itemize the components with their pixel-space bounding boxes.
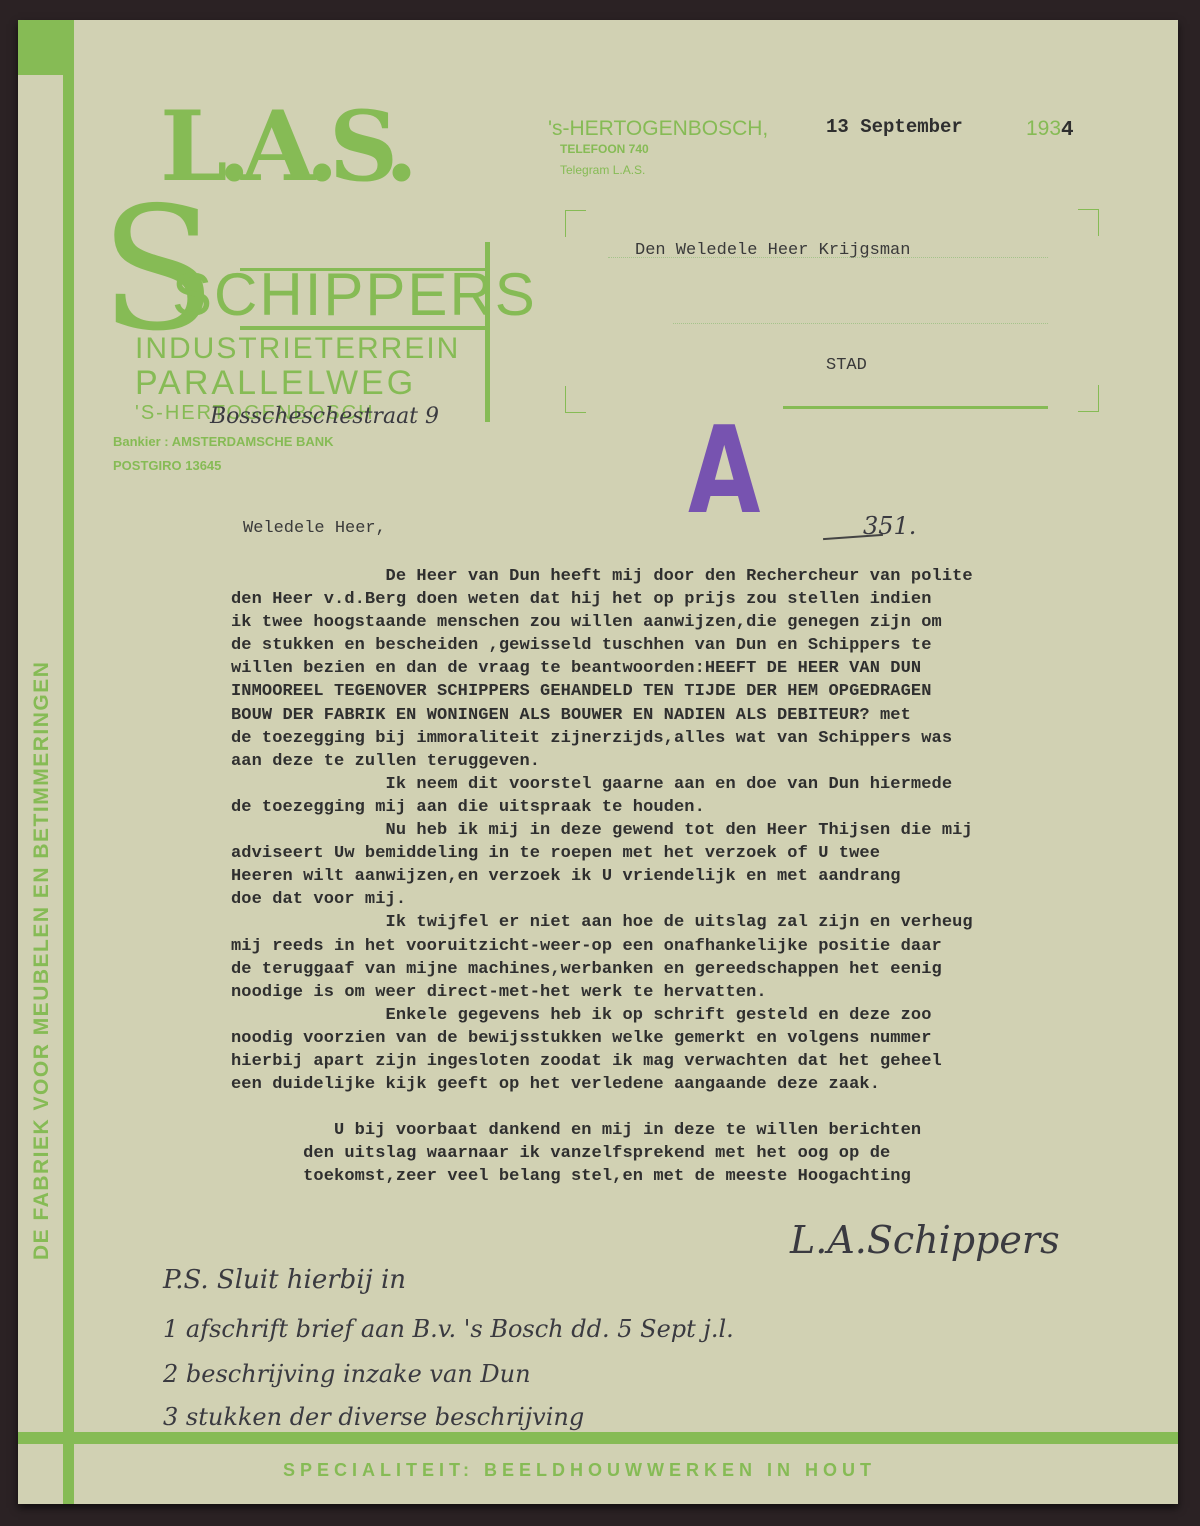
postscript-item: 2 beschrijving inzake van Dun xyxy=(163,1360,531,1388)
telegram-info: Telegram L.A.S. xyxy=(560,163,645,177)
recipient-city: STAD xyxy=(826,356,867,375)
postgiro-info: POSTGIRO 13645 xyxy=(113,458,221,473)
body-line: INMOOREEL TEGENOVER SCHIPPERS GEHANDELD … xyxy=(231,680,973,703)
postscript-item: 3 stukken der diverse beschrijving xyxy=(163,1403,584,1431)
body-line: adviseert Uw bemiddeling in te roepen me… xyxy=(231,842,973,865)
letter-page: DE FABRIEK VOOR MEUBELEN EN BETIMMERINGE… xyxy=(18,20,1178,1504)
recipient-name: Den Weledele Heer Krijgsman xyxy=(635,241,910,260)
logo-underline xyxy=(240,326,490,330)
registration-stamp: A xyxy=(688,412,760,532)
logo-company-name: SSCHIPPERS xyxy=(130,260,537,329)
closing-line: den uitslag waarnaar ik vanzelfsprekend … xyxy=(231,1142,921,1165)
logo-frame-bar xyxy=(485,242,490,422)
body-line: De Heer van Dun heeft mij door den Reche… xyxy=(231,565,973,588)
bankier-info: Bankier : AMSTERDAMSCHE BANK xyxy=(113,434,334,449)
body-line: Heeren wilt aanwijzen,en verzoek ik U vr… xyxy=(231,865,973,888)
body-line: willen bezien en dan de vraag te beantwo… xyxy=(231,657,973,680)
company-logo: S L.A.S. SSCHIPPERS INDUSTRIETERREIN PAR… xyxy=(100,80,500,420)
body-line: de toezegging mij aan die uitspraak te h… xyxy=(231,796,973,819)
telefoon-info: TELEFOON 740 xyxy=(560,142,649,156)
body-line: de stukken en bescheiden ,gewisseld tusc… xyxy=(231,634,973,657)
closing-line: toekomst,zeer veel belang stel,en met de… xyxy=(231,1165,921,1188)
postscript-heading: P.S. Sluit hierbij in xyxy=(163,1265,406,1295)
body-line: Ik neem dit voorstel gaarne aan en doe v… xyxy=(231,773,973,796)
logo-address-line1: INDUSTRIETERREIN xyxy=(135,332,460,366)
body-line: Enkele gegevens heb ik op schrift gestel… xyxy=(231,1004,973,1027)
address-bracket-tr xyxy=(1078,209,1099,236)
letter-year: 1934 xyxy=(1026,117,1074,142)
body-line: ik twee hoogstaande menschen zou willen … xyxy=(231,611,973,634)
handwritten-address-correction: Bosscheschestraat 9 xyxy=(210,404,439,429)
address-bracket-bl xyxy=(565,386,586,413)
letter-body: De Heer van Dun heeft mij door den Reche… xyxy=(231,565,973,1096)
body-line: doe dat voor mij. xyxy=(231,888,973,911)
salutation: Weledele Heer, xyxy=(243,519,386,538)
letter-date: 13 September xyxy=(826,116,963,138)
body-line: hierbij apart zijn ingesloten zoodat ik … xyxy=(231,1050,973,1073)
body-line: de teruggaaf van mijne machines,werbanke… xyxy=(231,958,973,981)
body-line: mij reeds in het vooruitzicht-weer-op ee… xyxy=(231,935,973,958)
body-line: noodige is om weer direct-met-het werk t… xyxy=(231,981,973,1004)
postscript-item: 1 afschrift brief aan B.v. 's Bosch dd. … xyxy=(163,1315,734,1343)
closing-line: U bij voorbaat dankend en mij in deze te… xyxy=(231,1119,921,1142)
stamp-handwritten-number: 351. xyxy=(863,512,916,540)
body-line: Nu heb ik mij in deze gewend tot den Hee… xyxy=(231,819,973,842)
body-line: de toezegging bij immoraliteit zijnerzij… xyxy=(231,727,973,750)
footer-slogan: SPECIALITEIT: BEELDHOUWWERKEN IN HOUT xyxy=(283,1460,876,1481)
logo-initials: L.A.S. xyxy=(160,90,408,203)
body-line: BOUW DER FABRIK EN WONINGEN ALS BOUWER E… xyxy=(231,704,973,727)
body-line: Ik twijfel er niet aan hoe de uitslag za… xyxy=(231,911,973,934)
year-printed: 193 xyxy=(1026,117,1061,140)
green-vertical-border xyxy=(63,20,74,1504)
company-name-text: SCHIPPERS xyxy=(172,261,537,328)
address-bracket-tl xyxy=(565,210,586,237)
year-typed: 4 xyxy=(1061,119,1074,142)
body-line: noodig voorzien van de bewijsstukken wel… xyxy=(231,1027,973,1050)
letter-closing: U bij voorbaat dankend en mij in deze te… xyxy=(231,1119,921,1188)
body-line: een duidelijke kijk geeft op het verlede… xyxy=(231,1073,973,1096)
letterhead-city: 's-HERTOGENBOSCH, xyxy=(548,117,768,141)
city-underline xyxy=(783,406,1048,409)
body-line: den Heer v.d.Berg doen weten dat hij het… xyxy=(231,588,973,611)
address-line-2 xyxy=(673,323,1048,324)
green-horizontal-border xyxy=(18,1432,1178,1444)
side-slogan: DE FABRIEK VOOR MEUBELEN EN BETIMMERINGE… xyxy=(30,661,54,1260)
logo-address-line2: PARALLELWEG xyxy=(135,364,416,403)
address-bracket-br xyxy=(1078,385,1099,412)
signature: L.A.Schippers xyxy=(790,1218,1060,1262)
body-line: aan deze te zullen teruggeven. xyxy=(231,750,973,773)
